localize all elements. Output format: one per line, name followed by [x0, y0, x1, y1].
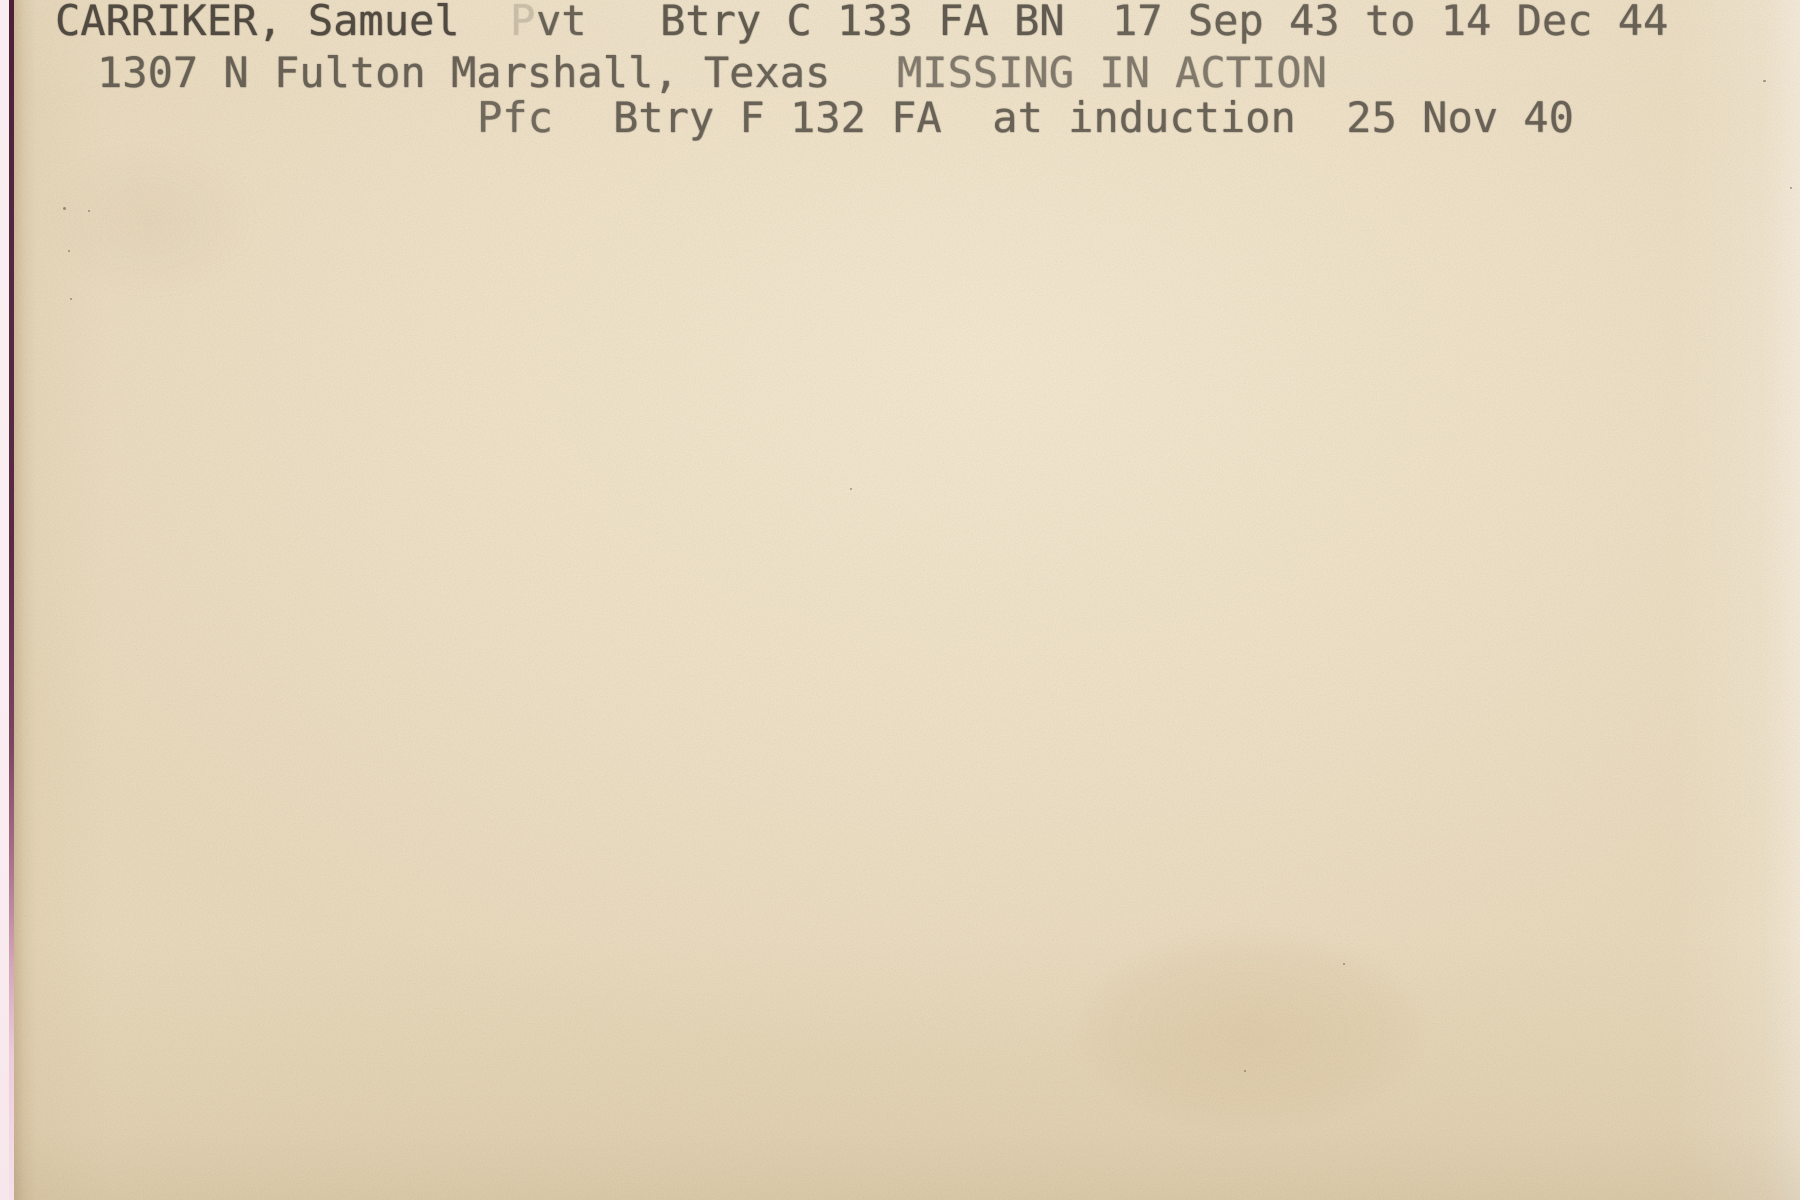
paper-speck	[70, 298, 72, 300]
address-text: 1307 N Fulton Marshall, Texas	[97, 52, 830, 94]
paper-grain-texture	[0, 0, 1800, 1200]
card-edge-shadow	[14, 0, 36, 1200]
paper-speck	[1244, 1070, 1246, 1072]
paper-speck	[63, 207, 66, 210]
unit-text: Btry C 133 FA BN	[660, 0, 1065, 42]
paper-speck	[1763, 80, 1766, 82]
paper-speck	[850, 488, 852, 490]
rank-text: vt	[536, 0, 587, 42]
status-text: MISSING IN ACTION	[897, 52, 1327, 94]
scanned-card: CARRIKER, Samuel P vt Btry C 133 FA BN 1…	[0, 0, 1800, 1200]
paper-stain	[1080, 930, 1420, 1130]
soldier-name-text: CARRIKER, Samuel	[55, 0, 460, 42]
paper-speck	[1790, 187, 1792, 189]
paper-shading	[40, 140, 260, 300]
rank-faint-initial-text: P	[510, 0, 535, 42]
prior-service-text: Btry F 132 FA at induction 25 Nov 40	[613, 97, 1574, 139]
prior-rank-text: Pfc	[477, 93, 553, 142]
paper-speck	[68, 250, 70, 252]
scanner-edge-strip	[0, 0, 9, 1200]
paper-speck	[88, 210, 90, 212]
paper-speck	[1343, 963, 1345, 965]
service-dates-text: 17 Sep 43 to 14 Dec 44	[1112, 0, 1668, 42]
